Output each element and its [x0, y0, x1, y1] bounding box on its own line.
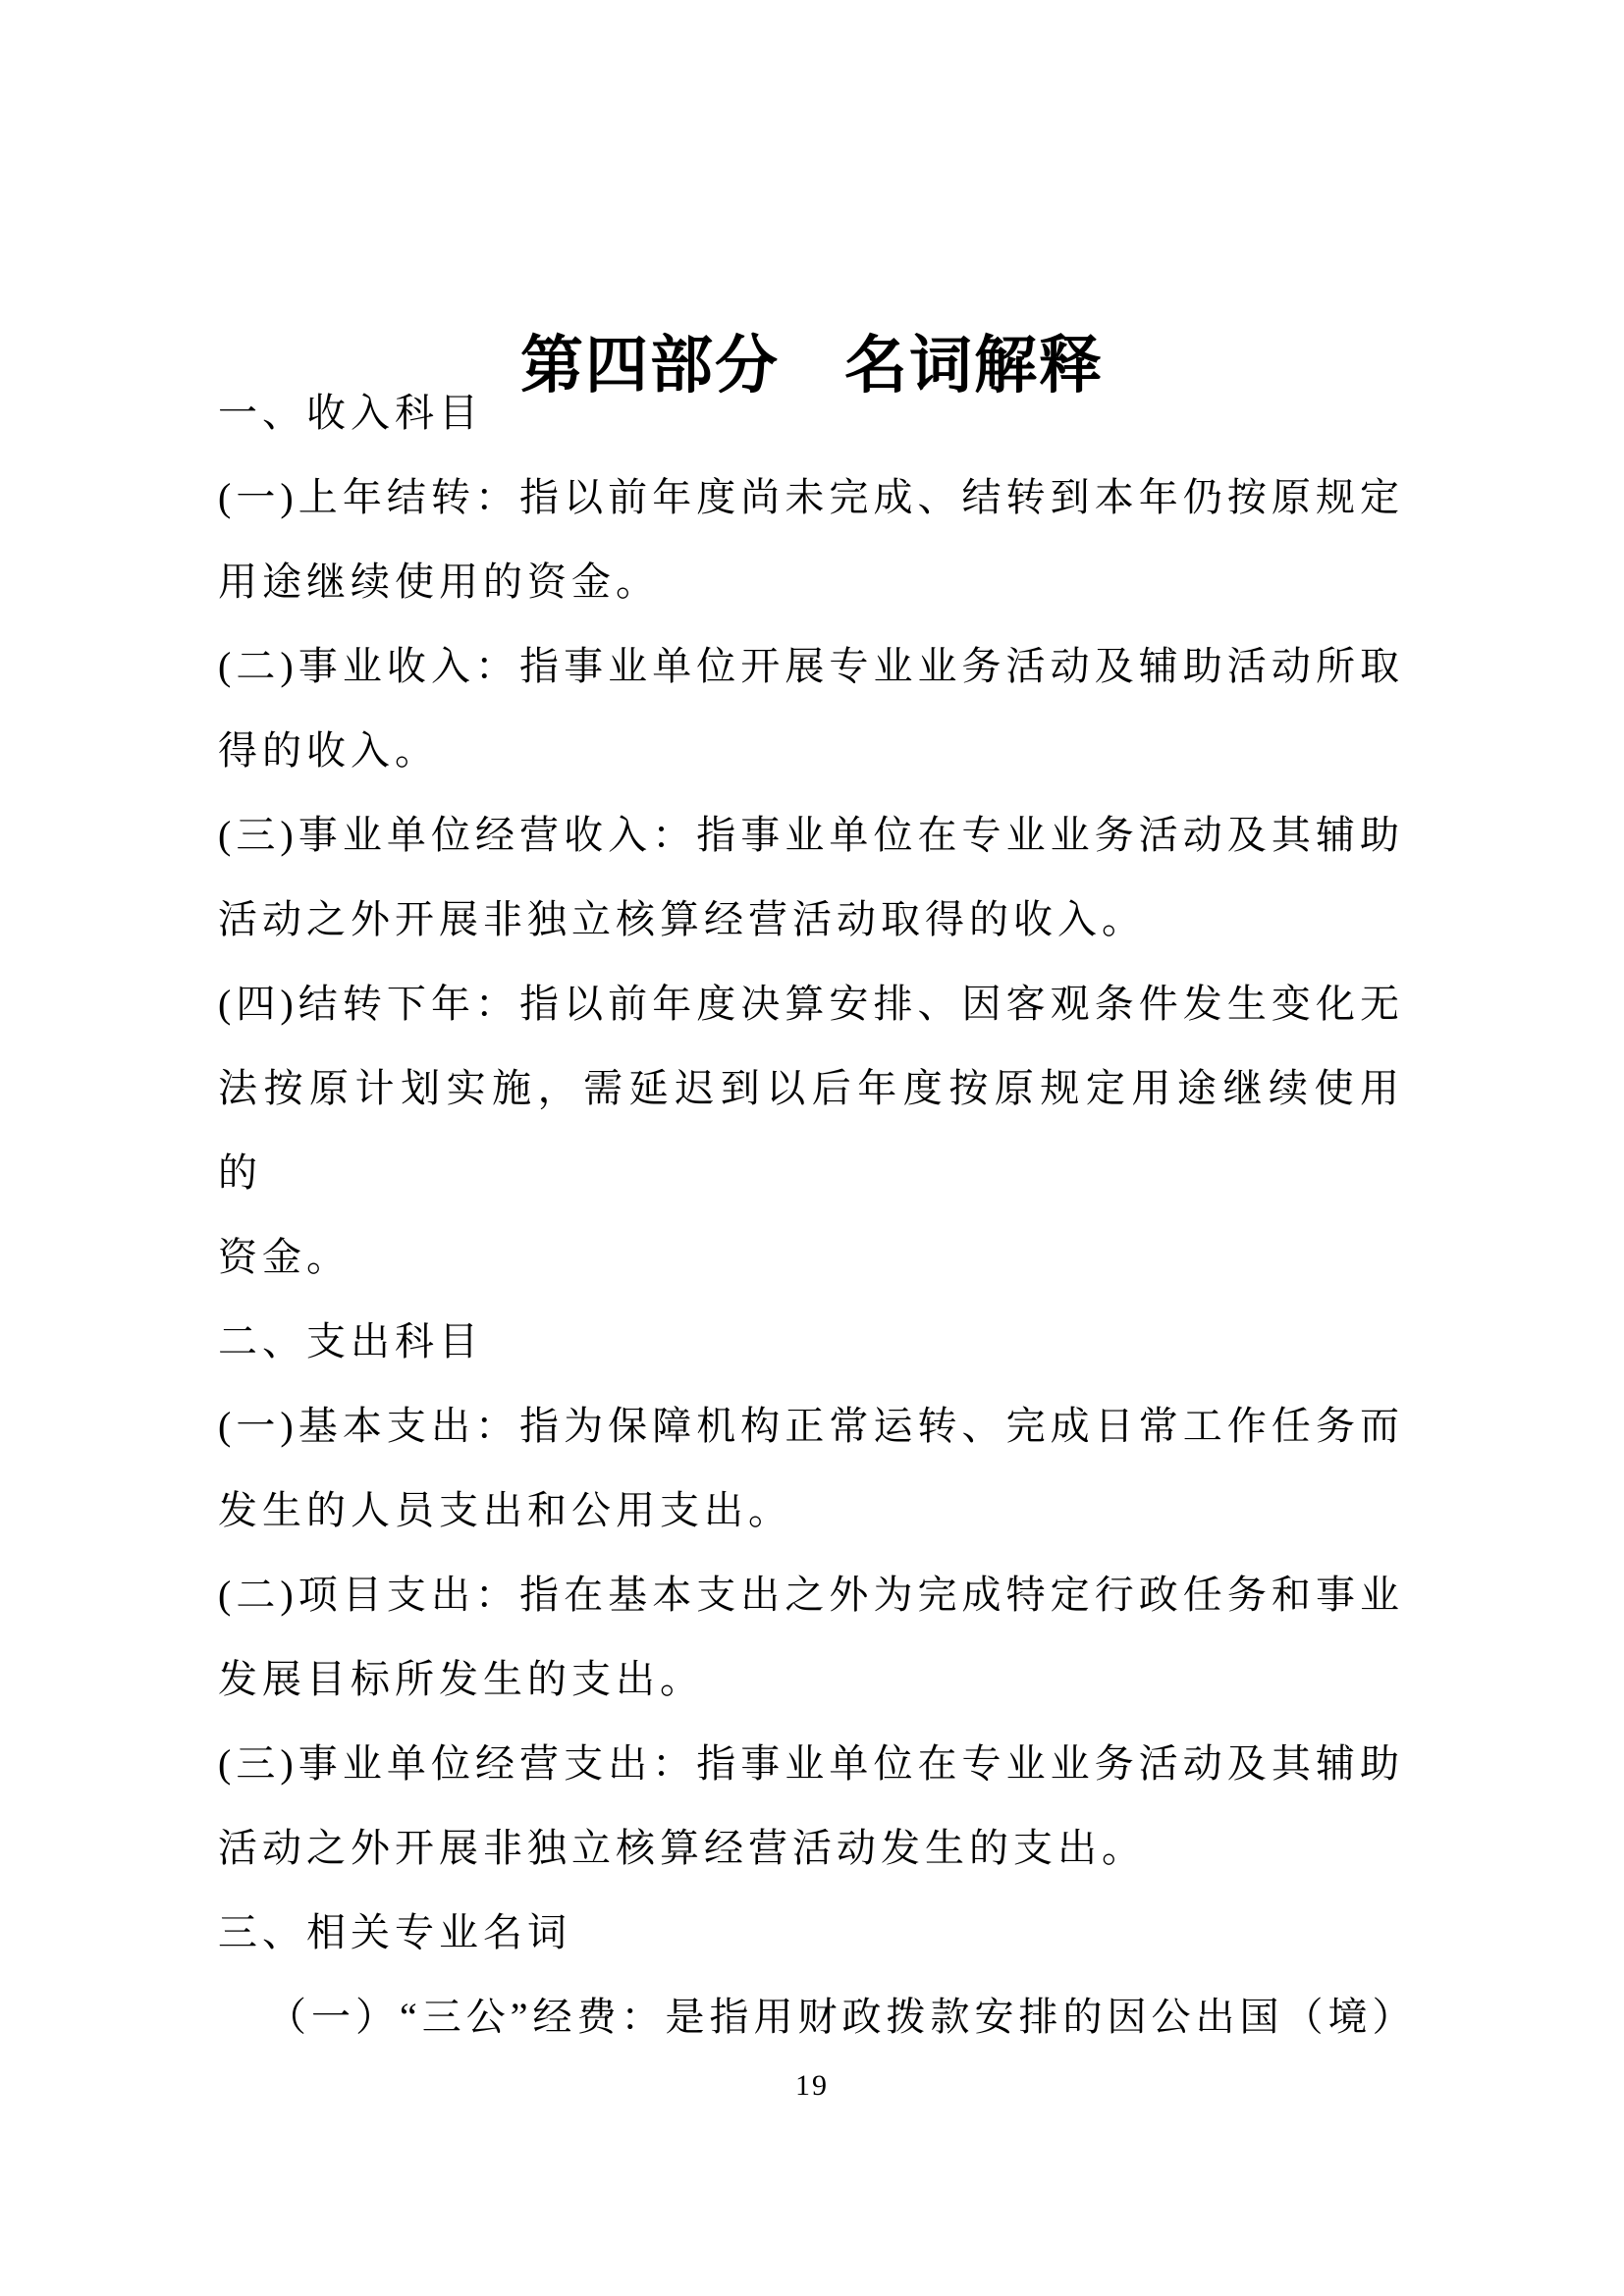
def-institutional-operating-expenditure: (三)事业单位经营支出：指事业单位在专业业务活动及其辅助 活动之外开展非独立核算…	[218, 1722, 1404, 1891]
def-institutional-income: (二)事业收入：指事业单位开展专业业务活动及辅助活动所取 得的收入。	[218, 624, 1404, 793]
def-project-expenditure: (二)项目支出：指在基本支出之外为完成特定行政任务和事业 发展目标所发生的支出。	[218, 1553, 1404, 1722]
text-line: 资金。	[218, 1215, 1404, 1300]
text-line: 法按原计划实施，需延迟到以后年度按原规定用途继续使用的	[218, 1046, 1404, 1215]
page-number: 19	[0, 2069, 1624, 2103]
text-line: 活动之外开展非独立核算经营活动取得的收入。	[218, 878, 1404, 962]
text-line: (四)结转下年：指以前年度决算安排、因客观条件发生变化无	[218, 962, 1404, 1046]
def-carryover-from-previous-year: (一)上年结转：指以前年度尚未完成、结转到本年仍按原规定 用途继续使用的资金。	[218, 455, 1404, 624]
text-line: (一)基本支出：指为保障机构正常运转、完成日常工作任务而	[218, 1384, 1404, 1468]
text-line: 得的收入。	[218, 709, 1404, 793]
text-line: (二)项目支出：指在基本支出之外为完成特定行政任务和事业	[218, 1553, 1404, 1637]
text-line: 发生的人员支出和公用支出。	[218, 1468, 1404, 1553]
text-line: 二、支出科目	[218, 1300, 1404, 1384]
text-line: (三)事业单位经营支出：指事业单位在专业业务活动及其辅助	[218, 1722, 1404, 1806]
document-page: 第四部分 名词解释 一、收入科目 (一)上年结转：指以前年度尚未完成、结转到本年…	[0, 0, 1624, 2296]
section-heading-expenditure-items: 二、支出科目	[218, 1300, 1404, 1384]
text-line: 发展目标所发生的支出。	[218, 1637, 1404, 1722]
document-body: 一、收入科目 (一)上年结转：指以前年度尚未完成、结转到本年仍按原规定 用途继续…	[218, 371, 1404, 2059]
text-line: (三)事业单位经营收入：指事业单位在专业业务活动及其辅助	[218, 793, 1404, 878]
section-heading-income-items: 一、收入科目	[218, 371, 1404, 455]
text-line: 三、相关专业名词	[218, 1891, 1404, 1975]
def-institutional-operating-income: (三)事业单位经营收入：指事业单位在专业业务活动及其辅助 活动之外开展非独立核算…	[218, 793, 1404, 962]
def-carryover-to-next-year: (四)结转下年：指以前年度决算安排、因客观条件发生变化无 法按原计划实施，需延迟…	[218, 962, 1404, 1300]
def-three-public-expenses: （一）“三公”经费：是指用财政拨款安排的因公出国（境）	[218, 1975, 1404, 2059]
text-line: (二)事业收入：指事业单位开展专业业务活动及辅助活动所取	[218, 624, 1404, 709]
text-line: (一)上年结转：指以前年度尚未完成、结转到本年仍按原规定	[218, 455, 1404, 540]
text-line: （一）“三公”经费：是指用财政拨款安排的因公出国（境）	[218, 1975, 1404, 2059]
section-heading-related-terms: 三、相关专业名词	[218, 1891, 1404, 1975]
def-basic-expenditure: (一)基本支出：指为保障机构正常运转、完成日常工作任务而 发生的人员支出和公用支…	[218, 1384, 1404, 1553]
text-line: 一、收入科目	[218, 371, 1404, 455]
text-line: 用途继续使用的资金。	[218, 540, 1404, 624]
text-line: 活动之外开展非独立核算经营活动发生的支出。	[218, 1806, 1404, 1891]
